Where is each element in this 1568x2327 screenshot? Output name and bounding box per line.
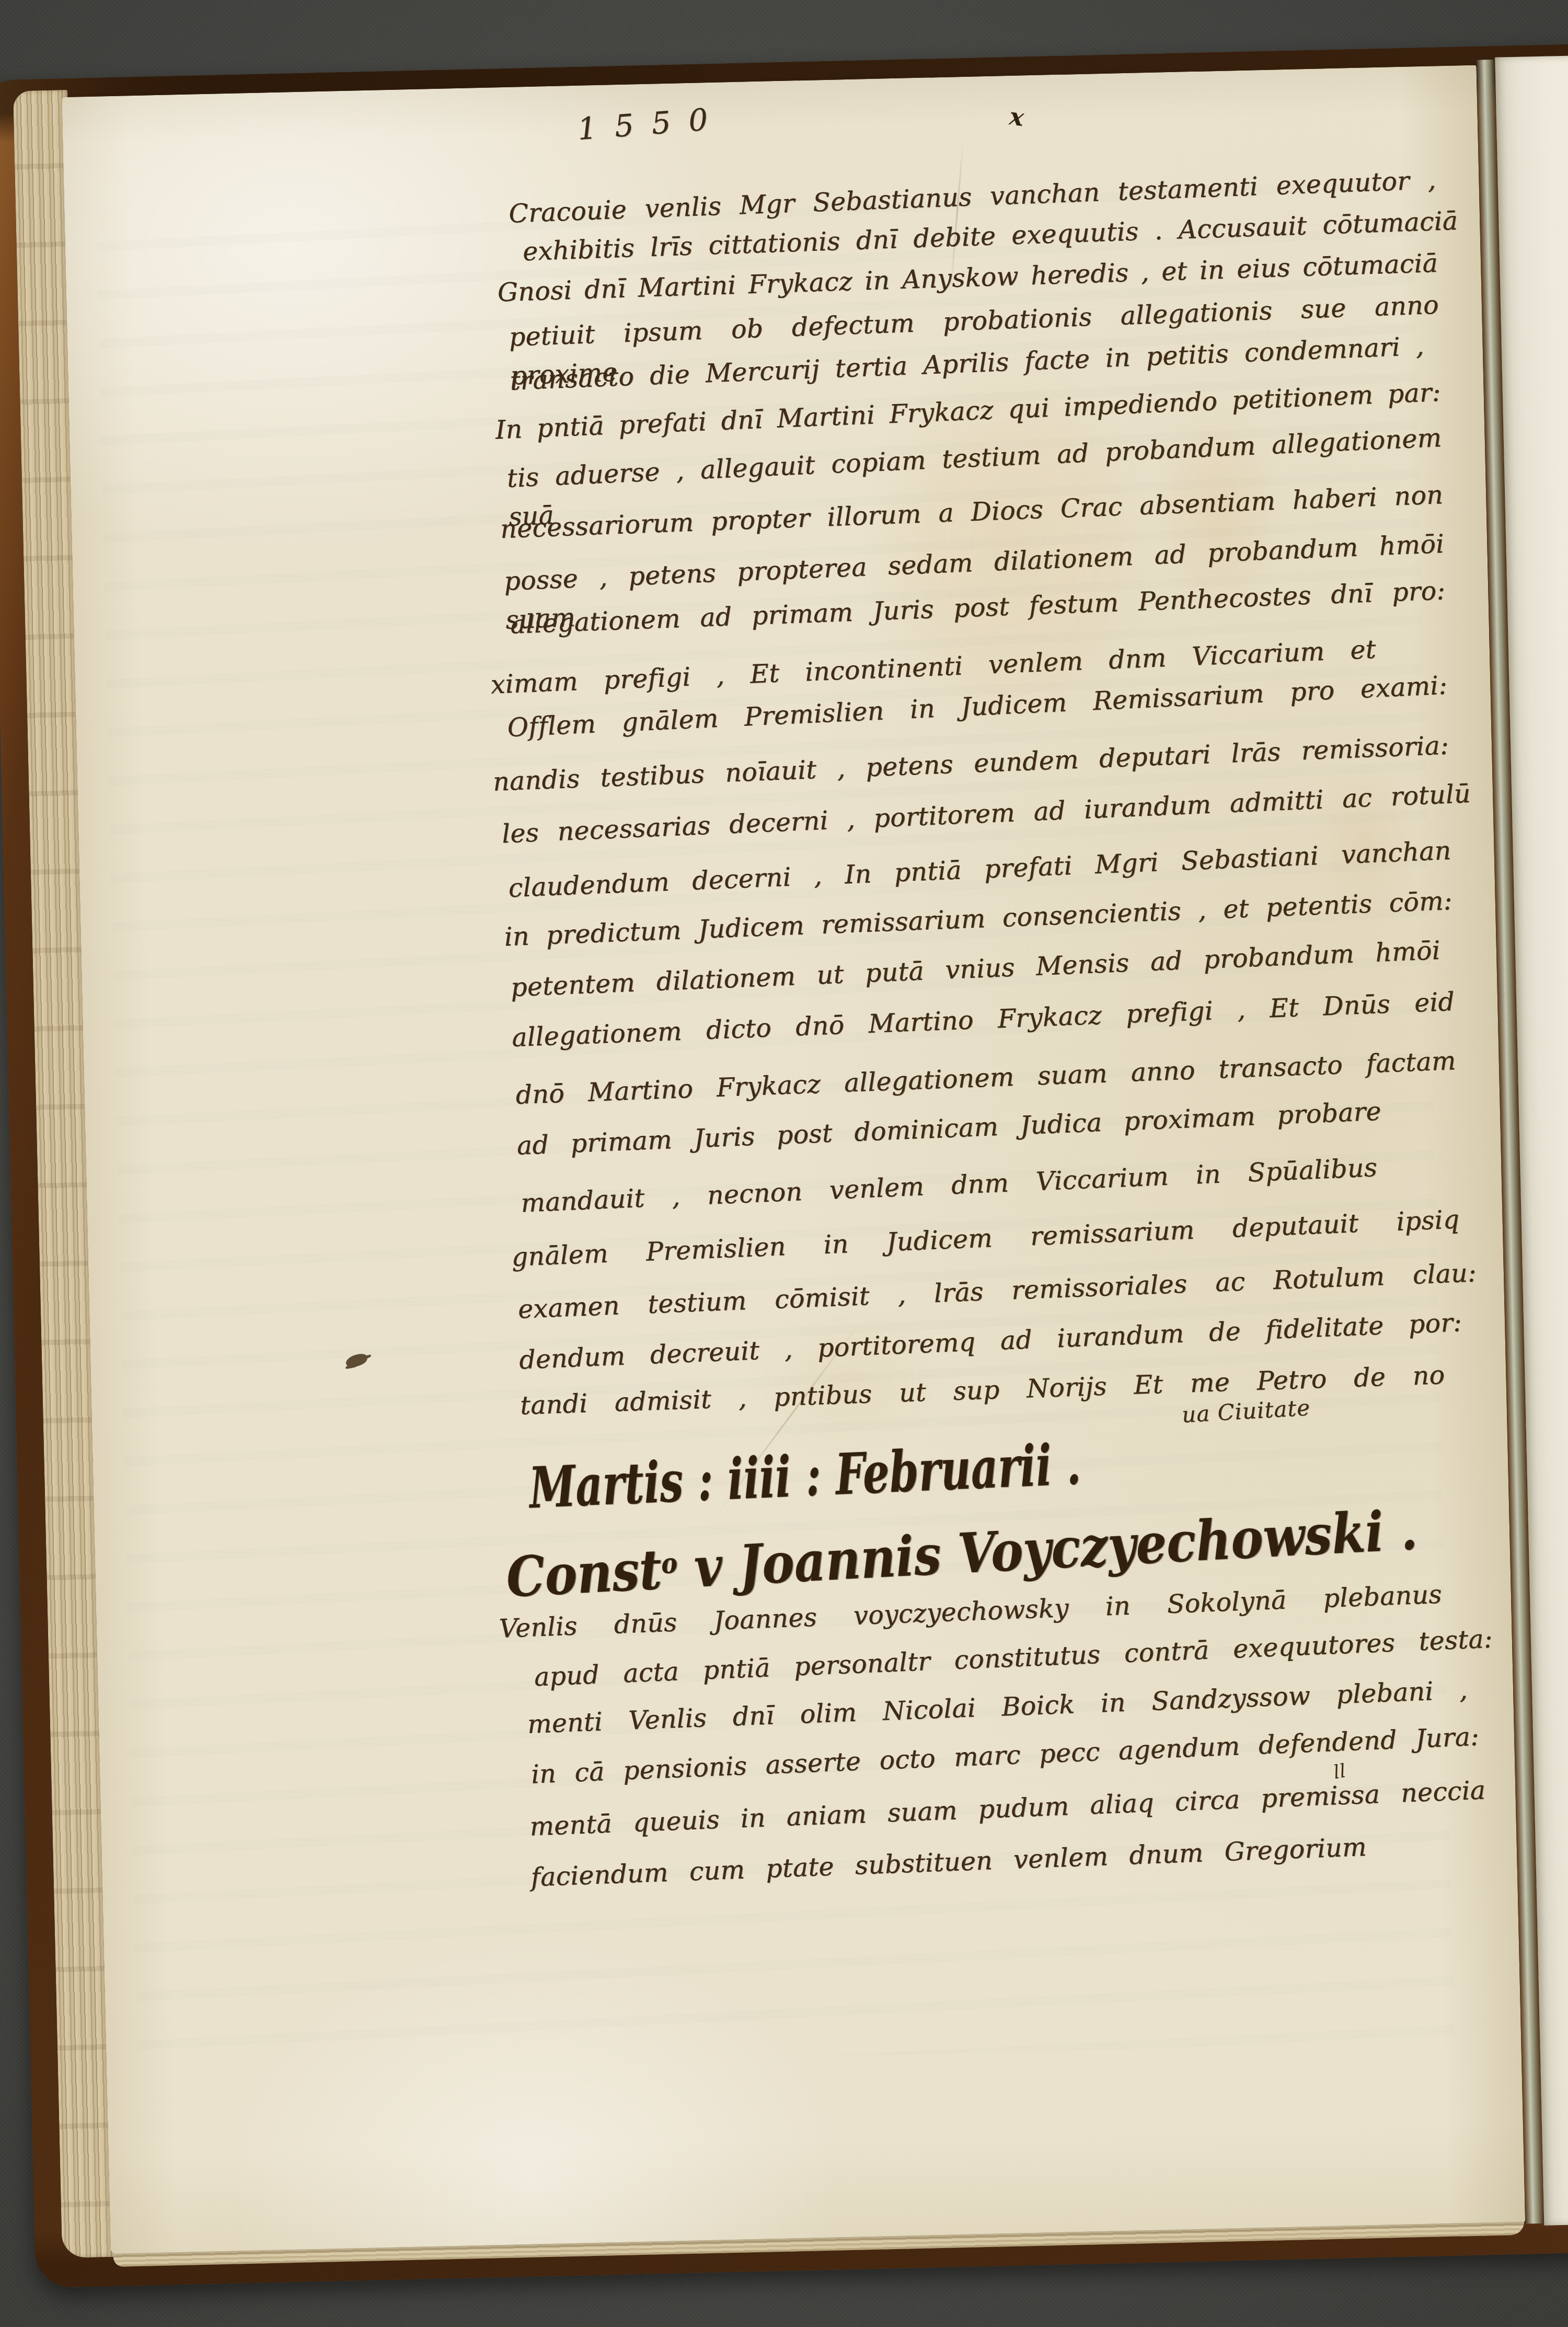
case-heading-superscript: o	[660, 1548, 678, 1581]
folio-mark: x	[1008, 102, 1026, 132]
photo-backdrop: 1550 x Cracouie venlis Mgr Sebastianus v…	[0, 0, 1568, 2327]
manuscript-page: 1550 x Cracouie venlis Mgr Sebastianus v…	[62, 65, 1525, 2254]
year-heading: 1550	[577, 100, 727, 147]
manuscript-book: 1550 x Cracouie venlis Mgr Sebastianus v…	[0, 44, 1568, 2288]
case-heading-prefix: Const	[505, 1537, 663, 1609]
